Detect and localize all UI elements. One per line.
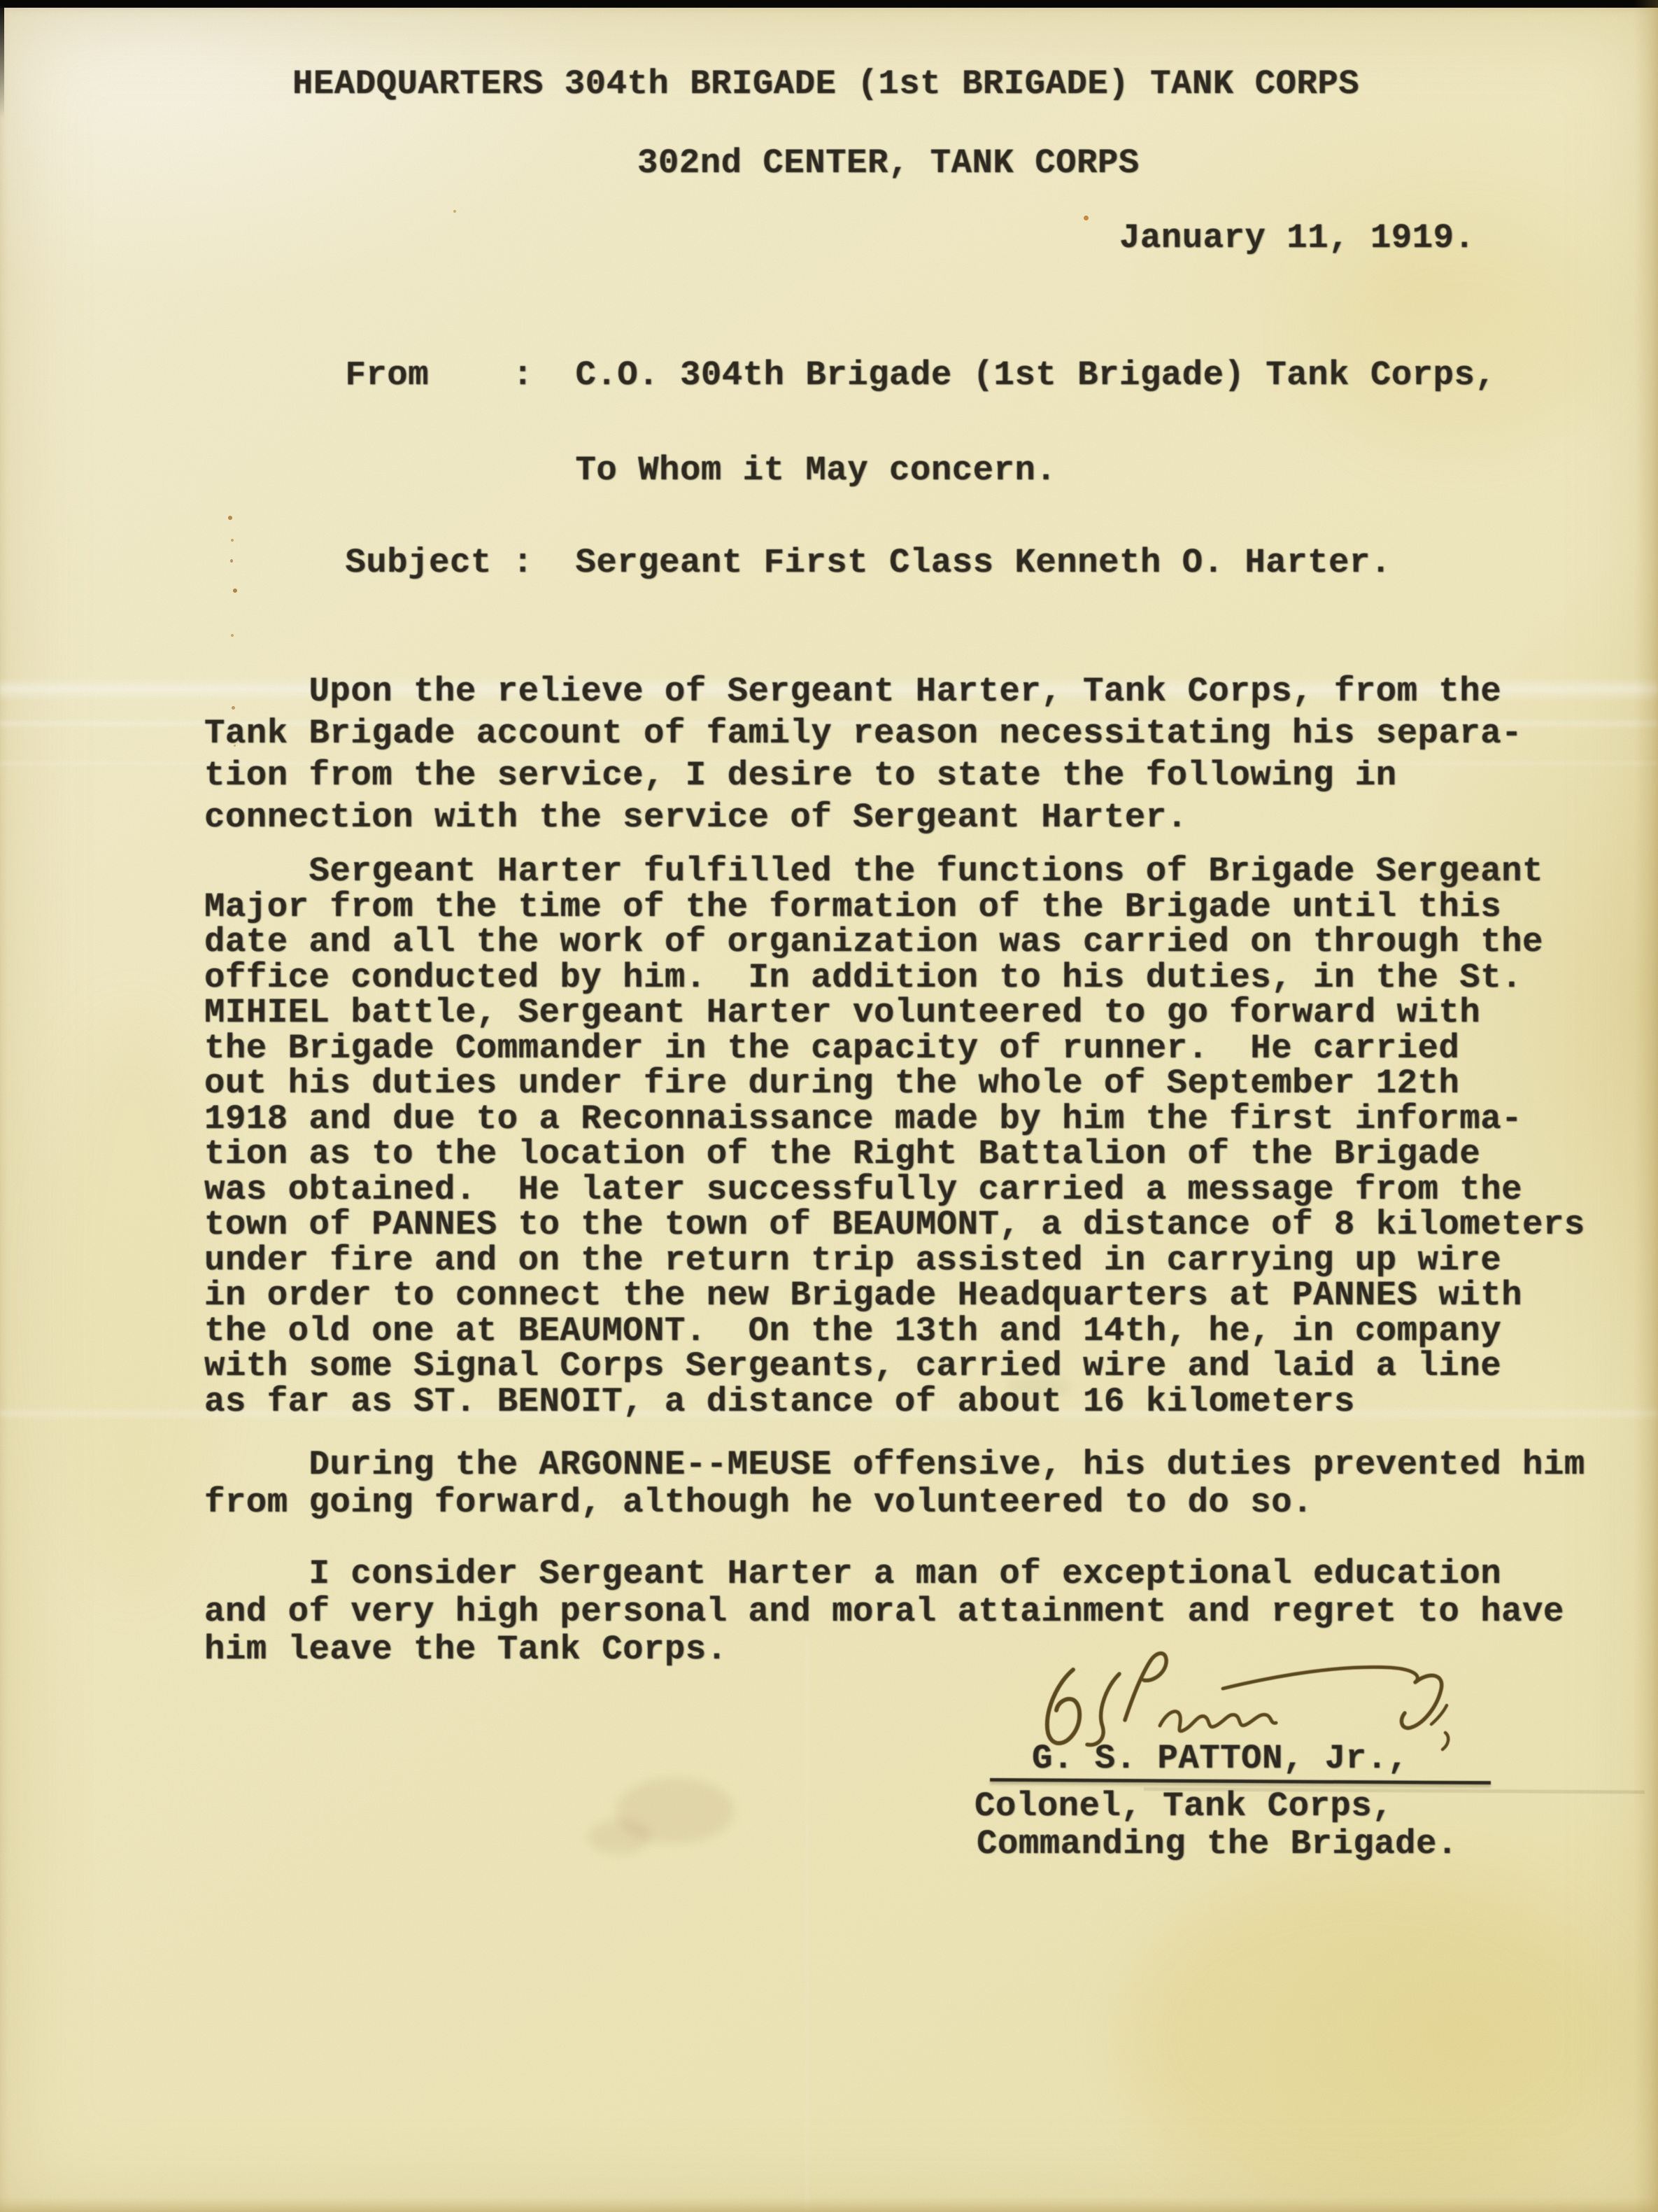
scanned-letter-page: HEADQUARTERS 304th BRIGADE (1st BRIGADE)… bbox=[0, 0, 1658, 2212]
subject-label: Subject bbox=[345, 543, 512, 582]
subject-row: Subject:Sergeant First Class Kenneth O. … bbox=[220, 504, 1391, 621]
signature-underline bbox=[990, 1778, 1491, 1784]
from-value: C.O. 304th Brigade (1st Brigade) Tank Co… bbox=[575, 355, 1496, 395]
to-value: To Whom it May concern. bbox=[575, 451, 1056, 490]
signature-typed-name: G. S. PATTON, Jr., bbox=[1032, 1739, 1408, 1778]
scan-shadow-right bbox=[1634, 0, 1658, 2212]
body-paragraph-2: Sergeant Harter fulfilled the functions … bbox=[204, 854, 1585, 1419]
signature-command-line: Commanding the Brigade. bbox=[977, 1824, 1458, 1864]
from-label: From bbox=[345, 355, 512, 395]
paper-edge-bottom bbox=[0, 2197, 1658, 2212]
typed-text-layer: HEADQUARTERS 304th BRIGADE (1st BRIGADE)… bbox=[0, 0, 1658, 2212]
body-paragraph-1: Upon the relieve of Sergeant Harter, Tan… bbox=[204, 670, 1522, 838]
signature-rank-line: Colonel, Tank Corps, bbox=[975, 1787, 1393, 1826]
header-line-2: 302nd CENTER, TANK CORPS bbox=[637, 143, 1140, 183]
header-line-1: HEADQUARTERS 304th BRIGADE (1st BRIGADE)… bbox=[292, 64, 1359, 104]
date-line: January 11, 1919. bbox=[1119, 218, 1475, 258]
body-paragraph-3: During the ARGONNE--MEUSE offensive, his… bbox=[204, 1446, 1585, 1521]
subject-value: Sergeant First Class Kenneth O. Harter. bbox=[575, 543, 1391, 582]
from-separator: : bbox=[512, 355, 575, 395]
subject-separator: : bbox=[512, 543, 575, 582]
